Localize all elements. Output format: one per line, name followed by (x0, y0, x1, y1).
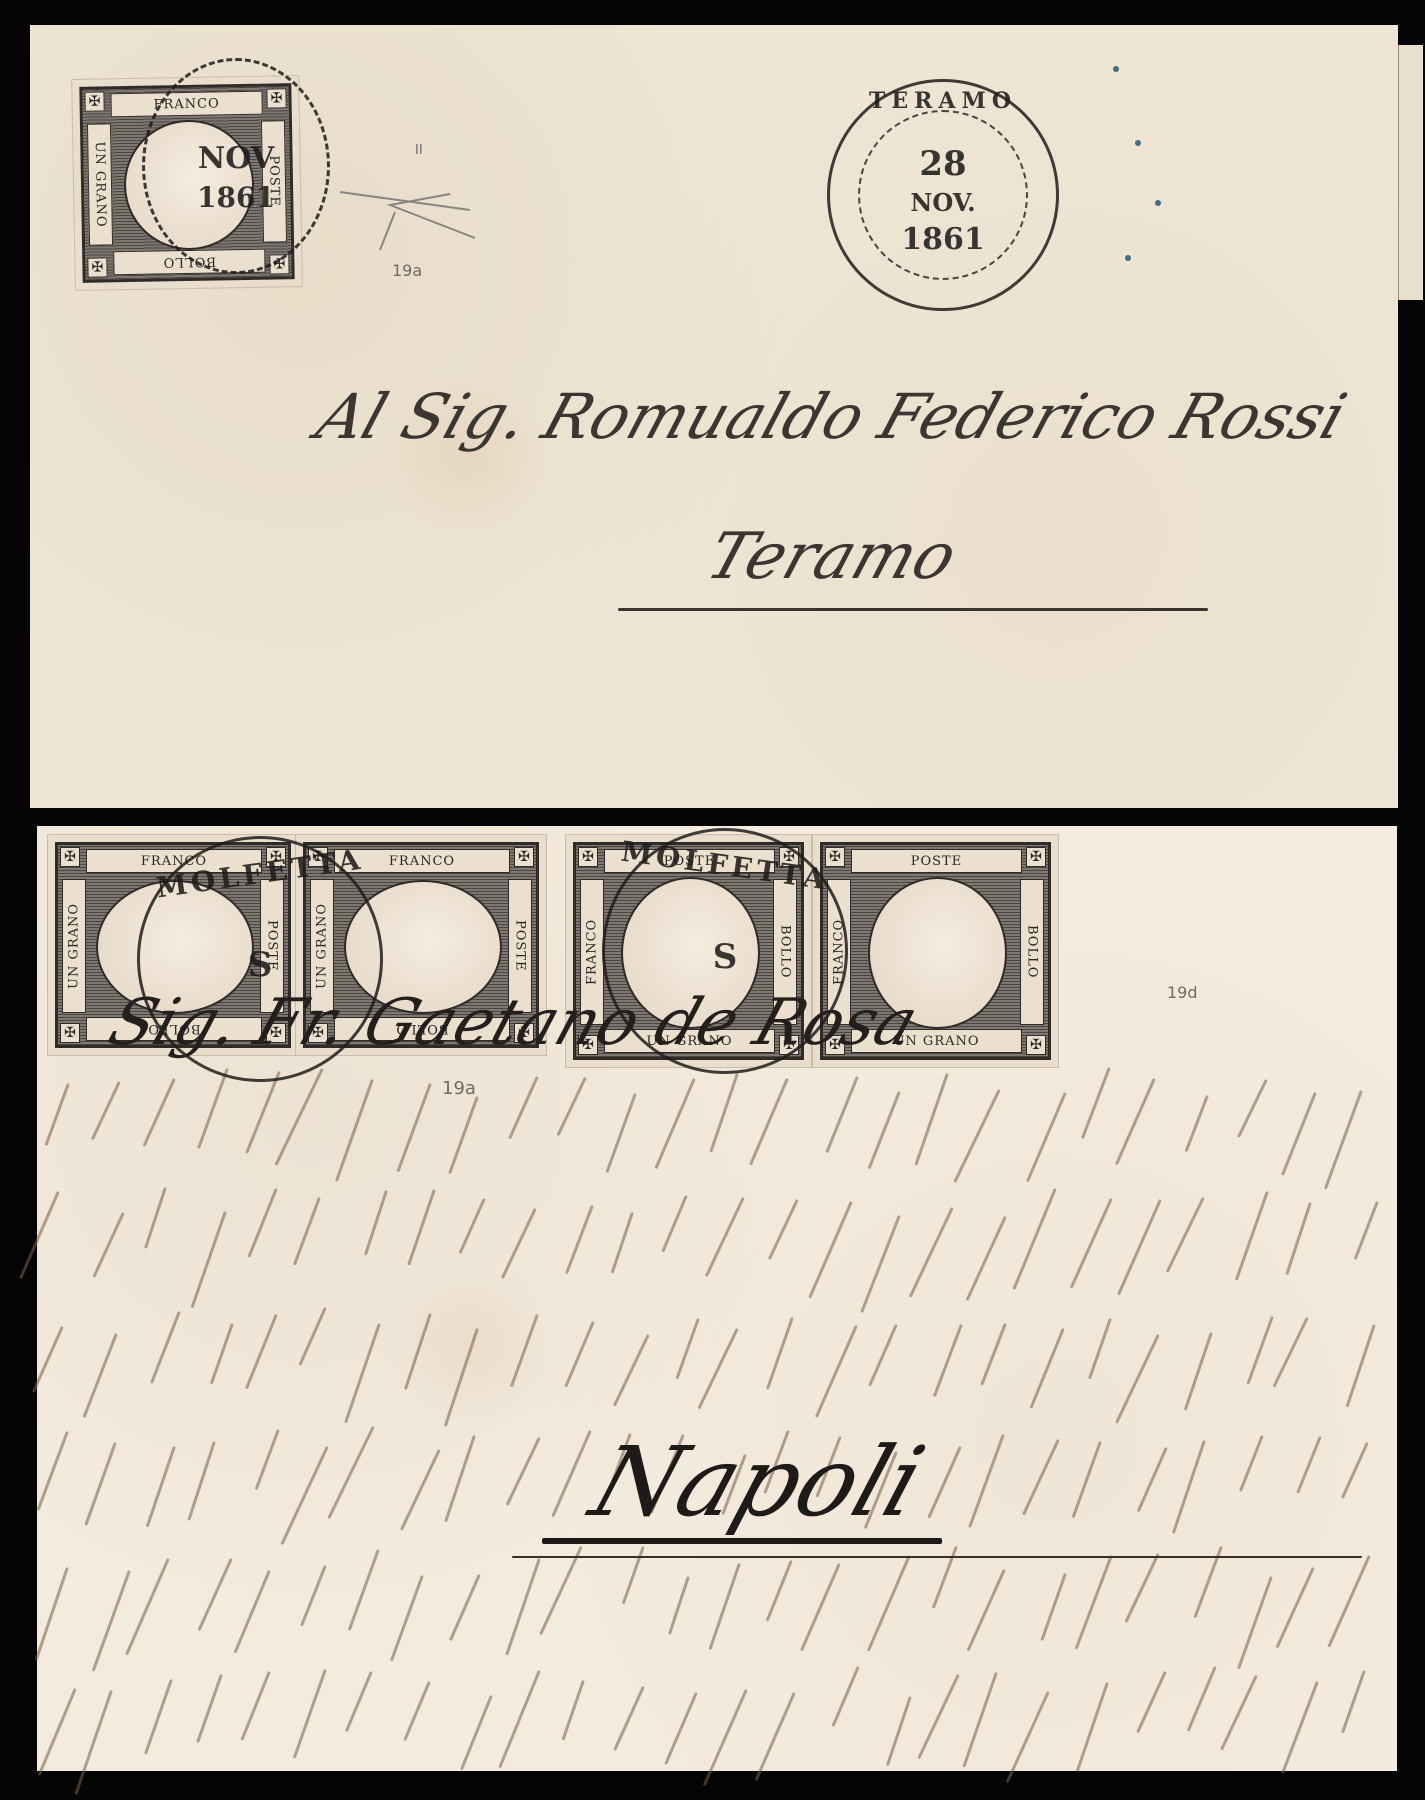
ink-stroke (1235, 1191, 1269, 1281)
ink-stroke (610, 1212, 633, 1274)
cross-icon: ✠ (60, 847, 80, 867)
ink-stroke (400, 1449, 441, 1530)
ink-stroke (198, 1558, 233, 1631)
ink-stroke (654, 1078, 695, 1169)
stamp-top-label: POSTE (851, 849, 1022, 873)
ink-stroke (1041, 1573, 1068, 1641)
ink-stroke (613, 1334, 650, 1407)
ink-stroke (622, 1546, 645, 1604)
ink-stroke (1237, 1576, 1273, 1669)
ink-stroke (210, 1323, 234, 1385)
ink-stroke (539, 1546, 583, 1635)
ink-stroke (754, 1692, 795, 1781)
ink-stroke (709, 1073, 738, 1152)
ink-stroke (390, 1575, 424, 1662)
ink-stroke (1184, 1332, 1213, 1411)
ink-stroke (933, 1324, 963, 1397)
ink-stroke (1075, 1555, 1113, 1649)
ink-stroke (1187, 1666, 1217, 1732)
ink-stroke (1117, 1199, 1162, 1295)
cross-icon: ✠ (514, 847, 534, 867)
ink-stroke (187, 1441, 216, 1521)
ink-stroke (37, 1431, 69, 1511)
postmark-letter: S (605, 937, 845, 977)
ink-stroke (1239, 1435, 1264, 1492)
ink-stroke (749, 1078, 789, 1166)
ink-stroke (917, 1674, 960, 1759)
ink-stroke (458, 1198, 485, 1254)
ink-stroke (1272, 1317, 1308, 1388)
pencil-roman-note: II (415, 143, 423, 158)
ink-stroke (74, 1690, 112, 1795)
ink-stroke (196, 1674, 223, 1743)
stamp-left-label: UN GRANO (62, 879, 86, 1013)
ink-stroke (37, 1688, 76, 1776)
ink-stroke (565, 1205, 594, 1275)
cover-fold-flap (1398, 45, 1423, 300)
ink-stroke (1296, 1436, 1322, 1494)
cross-icon: ✠ (1026, 1035, 1046, 1055)
cross-icon: ✠ (87, 257, 107, 277)
ink-stroke (867, 1555, 911, 1652)
ink-stroke (280, 1446, 328, 1545)
ink-stroke (668, 1576, 690, 1635)
ink-stroke (146, 1446, 176, 1527)
ink-stroke (245, 1314, 278, 1389)
ink-stroke (508, 1076, 538, 1139)
ink-stroke (1022, 1439, 1060, 1516)
ink-stroke (443, 1328, 478, 1426)
ink-stroke (665, 1692, 698, 1765)
ink-stroke (1115, 1334, 1160, 1424)
ink-stroke (1285, 1202, 1311, 1275)
ink-stroke (505, 1437, 540, 1506)
ink-stroke (92, 1212, 125, 1278)
ink-stroke (1025, 1092, 1066, 1183)
cover-napoli: FRANCO UN GRANO POSTE BOLLO ✠ ✠ ✠ ✠ FRAN… (37, 826, 1397, 1771)
ink-stroke (347, 1549, 379, 1631)
stamp-right-label: BOLLO (1020, 879, 1044, 1025)
address-underline (618, 608, 1208, 611)
ink-stroke (967, 1569, 1006, 1652)
ink-stroke (1185, 1095, 1209, 1152)
ink-stroke (765, 1317, 793, 1390)
postmark-month: NOV. (830, 188, 1056, 217)
ink-stroke (868, 1324, 897, 1386)
ink-stroke (1275, 1567, 1314, 1648)
ink-stroke (1166, 1197, 1205, 1273)
ink-stroke (766, 1560, 793, 1621)
cross-icon: ✠ (84, 91, 104, 111)
ink-stroke (1012, 1188, 1056, 1290)
ink-stroke (445, 1435, 477, 1522)
ink-stroke (1346, 1324, 1376, 1408)
ink-stroke (767, 1199, 798, 1260)
ink-stroke (800, 1563, 841, 1652)
ink-stroke (915, 1073, 950, 1166)
ink-stroke (1006, 1691, 1050, 1784)
ink-stroke (247, 1188, 277, 1258)
cross-icon: ✠ (1026, 847, 1046, 867)
ink-stroke (240, 1671, 270, 1741)
ink-stroke (125, 1558, 170, 1656)
ink-stroke (234, 1570, 271, 1653)
stamp-left-label: UN GRANO (87, 123, 113, 245)
ink-stroke (1281, 1092, 1317, 1176)
ink-stroke (144, 1187, 167, 1249)
ink-stroke (613, 1686, 644, 1751)
ink-stroke (1354, 1201, 1379, 1260)
postmark-letter: S (140, 945, 380, 985)
ink-stroke (860, 1215, 901, 1313)
address-city: Napoli (579, 1426, 937, 1538)
ink-stroke (885, 1696, 911, 1766)
ink-stroke (144, 1679, 173, 1755)
ink-stroke (397, 1083, 432, 1172)
ink-stroke (557, 1077, 587, 1136)
ink-stroke (404, 1313, 432, 1389)
ink-stroke (1029, 1328, 1064, 1409)
ink-stroke (44, 1083, 69, 1146)
ink-stroke (825, 1076, 858, 1153)
ink-stroke (1341, 1442, 1369, 1499)
cancel-month: NOV (145, 141, 327, 176)
address-line: Sig. Fr. Gaetano de Rosa (100, 986, 927, 1060)
postmark-town: TERAMO (830, 88, 1056, 114)
ink-stroke (300, 1565, 327, 1626)
ink-stroke (675, 1318, 699, 1380)
ink-stroke (449, 1574, 481, 1641)
ink-stroke (1281, 1681, 1319, 1774)
teramo-postmark: TERAMO 28 NOV. 1861 (827, 79, 1059, 311)
stamp-cancel-postmark: NOV 1861 (142, 58, 330, 274)
ink-stroke (815, 1325, 858, 1417)
ink-stroke (968, 1434, 1005, 1528)
ink-stroke (561, 1680, 584, 1741)
postmark-year: 1861 (830, 222, 1056, 257)
ink-stroke (190, 1211, 226, 1308)
ink-stroke (661, 1195, 688, 1253)
ink-stroke (1124, 1553, 1159, 1623)
ink-stroke (551, 1430, 591, 1517)
ink-stroke (92, 1570, 131, 1671)
cross-icon: ✠ (60, 1023, 80, 1043)
cancel-year: 1861 (145, 181, 327, 214)
blue-ink-speck (1113, 66, 1119, 72)
ink-stroke (501, 1208, 537, 1279)
cover-teramo: FRANCO UN GRANO POSTE BOLLO ✠ ✠ ✠ ✠ NOV … (30, 25, 1398, 808)
ink-stroke (1076, 1682, 1109, 1772)
ink-stroke (1323, 1090, 1362, 1189)
ink-stroke (705, 1197, 745, 1277)
ink-stroke (1070, 1198, 1113, 1288)
ink-stroke (908, 1207, 953, 1298)
ink-stroke (831, 1666, 859, 1727)
ink-stroke (1088, 1318, 1112, 1380)
ink-stroke (83, 1333, 118, 1418)
ink-stroke (344, 1323, 381, 1423)
ink-stroke (962, 1672, 998, 1767)
pencil-catalog-note: 19a (442, 1078, 476, 1099)
ink-stroke (605, 1093, 636, 1173)
pencil-catalog-note: 19a (392, 261, 422, 280)
ink-stroke (403, 1681, 431, 1741)
ink-stroke (509, 1314, 538, 1388)
ink-stroke (1115, 1078, 1156, 1165)
address-city: Teramo (698, 520, 966, 594)
ink-stroke (1221, 1675, 1258, 1750)
ink-stroke (702, 1689, 747, 1787)
ink-stroke (1246, 1316, 1274, 1385)
ink-stroke (954, 1089, 1001, 1183)
ink-stroke (1237, 1079, 1268, 1138)
cross-icon: ✠ (578, 847, 598, 867)
ink-stroke (966, 1216, 1007, 1301)
ink-stroke (1327, 1555, 1371, 1648)
ink-stroke (142, 1078, 175, 1147)
ink-stroke (335, 1079, 374, 1182)
ink-stroke (328, 1426, 375, 1519)
ink-stroke (197, 1068, 229, 1149)
ink-stroke (1136, 1447, 1167, 1512)
ink-stroke (84, 1442, 117, 1526)
blue-ink-speck (1125, 255, 1131, 261)
ink-stroke (980, 1323, 1007, 1386)
ink-stroke (32, 1326, 64, 1393)
ink-stroke (697, 1328, 738, 1410)
ink-stroke (19, 1191, 60, 1280)
ink-stroke (246, 1071, 282, 1154)
ink-stroke (708, 1563, 740, 1650)
blue-ink-speck (1135, 140, 1141, 146)
pencil-catalog-note: 19d (1167, 983, 1198, 1002)
ink-stroke (408, 1189, 437, 1266)
ink-stroke (364, 1190, 388, 1256)
ink-stroke (150, 1311, 181, 1384)
ink-stroke (298, 1307, 326, 1366)
ink-stroke (448, 1096, 479, 1174)
ink-stroke (460, 1695, 493, 1770)
ink-stroke (91, 1081, 121, 1140)
ink-stroke (255, 1429, 280, 1490)
ink-stroke (274, 1068, 323, 1166)
ink-stroke (1136, 1671, 1166, 1733)
ink-stroke (808, 1201, 853, 1299)
ink-stroke (927, 1446, 961, 1518)
address-underline (542, 1538, 942, 1544)
ink-stroke (564, 1321, 595, 1388)
address-line: Al Sig. Romualdo Federico Rossi (308, 380, 1355, 453)
ink-stroke (867, 1091, 900, 1169)
blue-ink-speck (1155, 200, 1161, 206)
pencil-cross-mark (335, 190, 515, 260)
ink-stroke (505, 1558, 541, 1656)
ink-stroke (498, 1670, 541, 1769)
ink-stroke (1172, 1440, 1206, 1534)
ink-stroke (293, 1197, 321, 1265)
ink-stroke (292, 1669, 326, 1759)
ink-stroke (345, 1671, 373, 1732)
ink-stroke (1081, 1067, 1111, 1139)
ink-stroke (1341, 1670, 1366, 1733)
ink-stroke (34, 1567, 68, 1661)
ink-stroke (1072, 1441, 1102, 1518)
postmark-day: 28 (830, 144, 1056, 184)
address-underline-thin (512, 1556, 1362, 1558)
